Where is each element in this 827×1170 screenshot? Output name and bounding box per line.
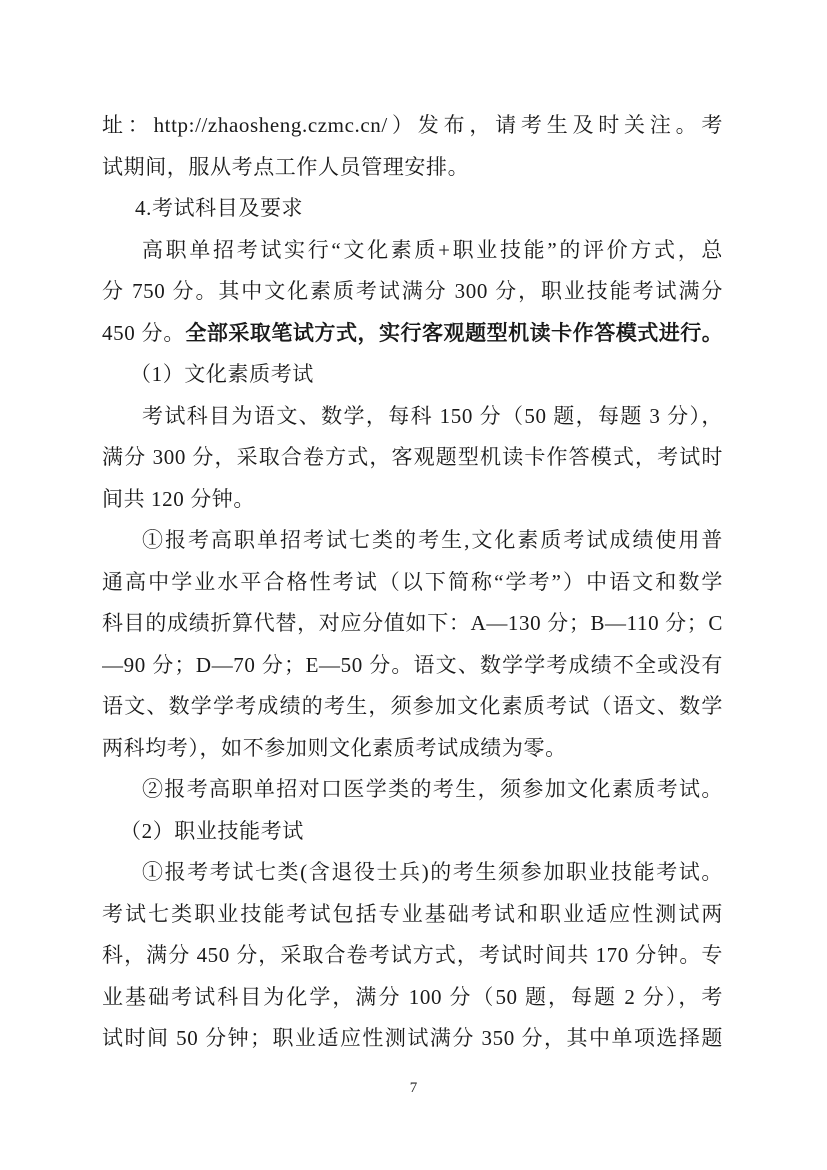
text-segment: 试期间，服从考点工作人员管理安排。	[102, 155, 469, 179]
document-body: 址：http://zhaosheng.czmc.cn/）发布，请考生及时关注。考…	[102, 105, 723, 1060]
text-segment: 两科均考），如不参加则文化素质考试成绩为零。	[102, 736, 567, 760]
text-line: ②报考高职单招对口医学类的考生，须参加文化素质考试。	[102, 769, 723, 811]
document-page: 址：http://zhaosheng.czmc.cn/）发布，请考生及时关注。考…	[0, 0, 827, 1170]
text-line: —90 分；D—70 分；E—50 分。语文、数学学考成绩不全或没有	[102, 645, 723, 687]
text-line: 试期间，服从考点工作人员管理安排。	[102, 147, 723, 189]
text-segment: 语文、数学学考成绩的考生，须参加文化素质考试（语文、数学	[102, 694, 723, 718]
text-segment: 间共 120 分钟。	[102, 487, 255, 511]
text-line: 考试七类职业技能考试包括专业基础考试和职业适应性测试两	[102, 894, 723, 936]
text-segment: 考试科目为语文、数学，每科 150 分（50 题，每题 3 分），	[142, 404, 723, 428]
text-line: ①报考考试七类(含退役士兵)的考生须参加职业技能考试。	[102, 852, 723, 894]
text-line: 科目的成绩折算代替，对应分值如下：A—130 分；B—110 分；C	[102, 603, 723, 645]
text-line: 满分 300 分，采取合卷方式，客观题型机读卡作答模式，考试时	[102, 437, 723, 479]
text-segment: 试时间 50 分钟；职业适应性测试满分 350 分，其中单项选择题	[102, 1026, 723, 1050]
text-line: 业基础考试科目为化学，满分 100 分（50 题，每题 2 分），考	[102, 977, 723, 1019]
text-segment: （2）职业技能考试	[120, 819, 304, 843]
text-line: 高职单招考试实行“文化素质+职业技能”的评价方式，总	[102, 230, 723, 272]
text-segment: （1）文化素质考试	[130, 362, 314, 386]
text-line: 450 分。全部采取笔试方式，实行客观题型机读卡作答模式进行。	[102, 313, 723, 355]
text-segment: 4.考试科目及要求	[135, 196, 303, 220]
text-segment: ②报考高职单招对口医学类的考生，须参加文化素质考试。	[142, 777, 723, 801]
text-line: （1）文化素质考试	[102, 354, 723, 396]
text-segment: 业基础考试科目为化学，满分 100 分（50 题，每题 2 分），考	[102, 985, 723, 1009]
bold-text-segment: 全部采取笔试方式，实行客观题型机读卡作答模式进行。	[185, 321, 723, 345]
text-line: 间共 120 分钟。	[102, 479, 723, 521]
text-line: 科，满分 450 分，采取合卷考试方式，考试时间共 170 分钟。专	[102, 935, 723, 977]
page-number: 7	[0, 1080, 827, 1097]
text-segment: 450 分。	[102, 321, 185, 345]
text-line: 两科均考），如不参加则文化素质考试成绩为零。	[102, 728, 723, 770]
text-line: 试时间 50 分钟；职业适应性测试满分 350 分，其中单项选择题	[102, 1018, 723, 1060]
text-line: 4.考试科目及要求	[102, 188, 723, 230]
text-segment: 满分 300 分，采取合卷方式，客观题型机读卡作答模式，考试时	[102, 445, 723, 469]
text-line: 语文、数学学考成绩的考生，须参加文化素质考试（语文、数学	[102, 686, 723, 728]
text-segment: —90 分；D—70 分；E—50 分。语文、数学学考成绩不全或没有	[102, 653, 723, 677]
text-line: 分 750 分。其中文化素质考试满分 300 分，职业技能考试满分	[102, 271, 723, 313]
text-segment: 高职单招考试实行“文化素质+职业技能”的评价方式，总	[142, 238, 723, 262]
text-segment: 分 750 分。其中文化素质考试满分 300 分，职业技能考试满分	[102, 279, 723, 303]
text-line: 考试科目为语文、数学，每科 150 分（50 题，每题 3 分），	[102, 396, 723, 438]
text-segment: ①报考考试七类(含退役士兵)的考生须参加职业技能考试。	[142, 860, 723, 884]
text-segment: ①报考高职单招考试七类的考生,文化素质考试成绩使用普	[142, 528, 723, 552]
text-line: （2）职业技能考试	[102, 811, 723, 853]
text-segment: 科，满分 450 分，采取合卷考试方式，考试时间共 170 分钟。专	[102, 943, 723, 967]
text-line: ①报考高职单招考试七类的考生,文化素质考试成绩使用普	[102, 520, 723, 562]
text-line: 通高中学业水平合格性考试（以下简称“学考”）中语文和数学	[102, 562, 723, 604]
text-segment: 科目的成绩折算代替，对应分值如下：A—130 分；B—110 分；C	[102, 611, 723, 635]
text-line: 址：http://zhaosheng.czmc.cn/）发布，请考生及时关注。考	[102, 105, 723, 147]
text-segment: 考试七类职业技能考试包括专业基础考试和职业适应性测试两	[102, 902, 723, 926]
text-segment: 通高中学业水平合格性考试（以下简称“学考”）中语文和数学	[102, 570, 723, 594]
text-segment: 址：http://zhaosheng.czmc.cn/）发布，请考生及时关注。考	[102, 113, 723, 137]
